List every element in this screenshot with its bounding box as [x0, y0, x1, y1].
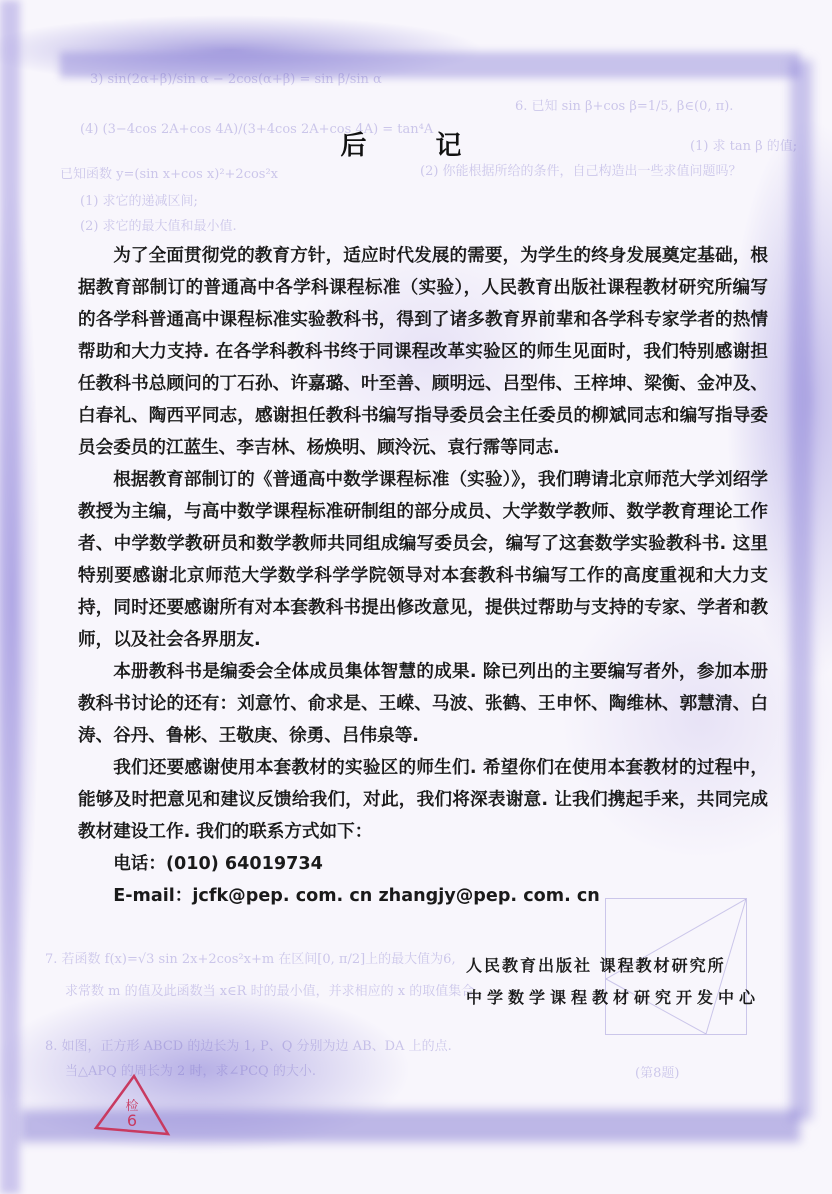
bleed-through-line: (2) 求它的最大值和最小值. [80, 215, 237, 234]
paragraph: 根据教育部制订的《普通高中数学课程标准（实验）》，我们聘请北京师范大学刘绍学教授… [78, 464, 768, 656]
scan-shadow-right [790, 60, 812, 1120]
signoff: 人民教育出版社 课程教材研究所 中学数学课程教材研究开发中心 [466, 950, 756, 1014]
paragraph: 我们还要感谢使用本套教材的实验区的师生们. 希望你们在使用本套教材的过程中，能够… [78, 752, 768, 848]
contact-phone: 电话：(010) 64019734 [78, 848, 768, 880]
bleed-through-line: 7. 若函数 f(x)=√3 sin 2x+2cos²x+m 在区间[0, π/… [45, 948, 456, 967]
bleed-through-line: 3) sin(2α+β)/sin α − 2cos(α+β) = sin β/s… [90, 72, 382, 87]
signoff-center: 中学数学课程教材研究开发中心 [466, 982, 756, 1014]
afterword-body: 为了全面贯彻党的教育方针，适应时代发展的需要，为学生的终身发展奠定基础，根据教育… [78, 240, 768, 912]
inspection-stamp-label: 检 6 [120, 1100, 144, 1129]
bleed-through-line: 求常数 m 的值及此函数当 x∈R 时的最小值，并求相应的 x 的取值集合. [65, 980, 478, 999]
bleed-through-figure-caption: (第8题) [635, 1062, 679, 1081]
paragraph: 为了全面贯彻党的教育方针，适应时代发展的需要，为学生的终身发展奠定基础，根据教育… [78, 240, 768, 464]
page-title: 后 记 [0, 125, 832, 162]
paragraph: 本册教科书是编委会全体成员集体智慧的成果. 除已列出的主要编写者外，参加本册教科… [78, 656, 768, 752]
bleed-through-line: (1) 求它的递减区间; [80, 190, 198, 209]
bleed-through-line: (2) 你能根据所给的条件，自己构造出一些求值问题吗？ [420, 160, 742, 179]
bleed-through-line: 6. 已知 sin β+cos β=1/5, β∈(0, π). [515, 95, 733, 114]
bleed-through-line: 已知函数 y=(sin x+cos x)²+2cos²x [60, 163, 278, 182]
signoff-publisher: 人民教育出版社 课程教材研究所 [466, 950, 756, 982]
bleed-through-line: 8. 如图，正方形 ABCD 的边长为 1, P、Q 分别为边 AB、DA 上的… [45, 1035, 452, 1054]
contact-email: E-mail：jcfk@pep. com. cn zhangjy@pep. co… [78, 880, 768, 912]
scan-shadow-left [0, 0, 20, 1194]
